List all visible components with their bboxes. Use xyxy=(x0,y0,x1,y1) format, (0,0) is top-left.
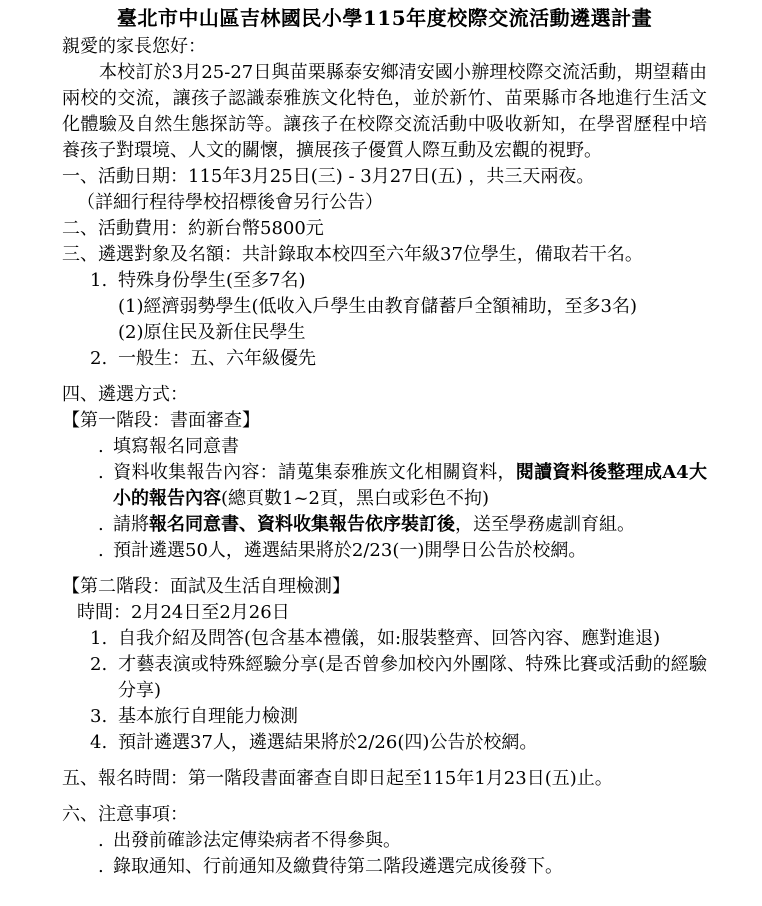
stage2-result-item: 4.預計遴選37人，遴選結果將於2/26(四)公告於校網。 xyxy=(62,730,707,756)
selection-quota-line: 三、遴選對象及名額：共計錄取本校四至六年級37位學生，備取若干名。 xyxy=(62,242,707,268)
notes-header-line: 六、注意事項： xyxy=(62,802,707,828)
greeting-line: 親愛的家長您好： xyxy=(62,34,707,60)
number-marker: 4. xyxy=(90,730,118,756)
stage2-talent-text: 才藝表演或特殊經驗分享(是否曾參加校內外團隊、特殊比賽或活動的經驗分享) xyxy=(118,654,707,701)
stage2-selfintro-text: 自我介紹及問答(包含基本禮儀，如:服裝整齊、回答內容、應對進退) xyxy=(118,628,660,649)
bullet-marker: . xyxy=(98,854,113,880)
bullet-marker: . xyxy=(98,512,113,538)
admission-notice-text: 錄取通知、行前通知及繳費待第二階段遴選完成後發下。 xyxy=(113,856,563,877)
number-marker: 2. xyxy=(90,652,118,678)
stage1-header: 【第一階段：書面審查】 xyxy=(62,408,707,434)
infectious-disease-note-text: 出發前確診法定傳染病者不得參與。 xyxy=(113,830,401,851)
bullet-marker: . xyxy=(98,538,113,564)
indigenous-newresident-subitem: (2)原住民及新住民學生 xyxy=(62,320,707,346)
stage2-selfintro-item: 1.自我介紹及問答(包含基本禮儀，如:服裝整齊、回答內容、應對進退) xyxy=(62,626,707,652)
econ-disadvantaged-subitem: (1)經濟弱勢學生(低收入戶學生由教育儲蓄戶全額補助，至多3名) xyxy=(62,294,707,320)
admission-notice-item: .錄取通知、行前通知及繳費待第二階段遴選完成後發下。 xyxy=(62,854,707,880)
infectious-disease-note-item: .出發前確診法定傳染病者不得參與。 xyxy=(62,828,707,854)
stage1-result-item: .預計遴選50人，遴選結果將於2/23(一)開學日公告於校網。 xyxy=(62,538,707,564)
stage1-binding-bold: 報名同意書、資料收集報告依序裝訂後 xyxy=(149,514,455,535)
stage1-binding-post: ，送至學務處訓育組。 xyxy=(455,514,635,535)
special-students-text: 特殊身份學生(至多7名) xyxy=(118,270,306,291)
stage1-consent-text: 填寫報名同意書 xyxy=(113,436,239,457)
activity-date-line: 一、活動日期：115年3月25日(三) - 3月27日(五) ，共三天兩夜。 xyxy=(62,164,707,190)
number-marker: 1. xyxy=(90,626,118,652)
stage2-time-line: 時間：2月24日至2月26日 xyxy=(62,600,707,626)
bullet-marker: . xyxy=(98,460,113,486)
stage2-result-text: 預計遴選37人，遴選結果將於2/26(四)公告於校網。 xyxy=(118,732,537,753)
selection-method-line: 四、遴選方式： xyxy=(62,382,707,408)
stage1-report-item: .資料收集報告內容：請蒐集泰雅族文化相關資料，閱讀資料後整理成A4大小的報告內容… xyxy=(62,460,707,512)
general-students-item: 2.一般生：五、六年級優先 xyxy=(62,346,707,372)
registration-deadline-line: 五、報名時間：第一階段書面審查自即日起至115年1月23日(五)止。 xyxy=(62,766,707,792)
special-students-item: 1.特殊身份學生(至多7名) xyxy=(62,268,707,294)
number-marker: 2. xyxy=(90,346,118,372)
general-students-text: 一般生：五、六年級優先 xyxy=(118,348,316,369)
stage1-consent-item: .填寫報名同意書 xyxy=(62,434,707,460)
stage2-selfcare-item: 3.基本旅行自理能力檢測 xyxy=(62,704,707,730)
stage1-binding-pre: 請將 xyxy=(113,514,149,535)
stage1-binding-item: .請將報名同意書、資料收集報告依序裝訂後，送至學務處訓育組。 xyxy=(62,512,707,538)
stage1-report-post: (總頁數1~2頁，黑白或彩色不拘) xyxy=(221,488,489,509)
intro-paragraph: 本校訂於3月25-27日與苗栗縣泰安鄉清安國小辦理校際交流活動，期望藉由兩校的交… xyxy=(62,60,707,164)
stage2-talent-item: 2.才藝表演或特殊經驗分享(是否曾參加校內外團隊、特殊比賽或活動的經驗分享) xyxy=(62,652,707,704)
stage1-report-pre: 資料收集報告內容：請蒐集泰雅族文化相關資料， xyxy=(113,462,516,483)
itinerary-note-line: （詳細行程待學校招標後會另行公告） xyxy=(62,190,707,216)
number-marker: 3. xyxy=(90,704,118,730)
document-title: 臺北市中山區吉林國民小學115年度校際交流活動遴選計畫 xyxy=(62,4,707,32)
activity-fee-line: 二、活動費用：約新台幣5800元 xyxy=(62,216,707,242)
bullet-marker: . xyxy=(98,828,113,854)
bullet-marker: . xyxy=(98,434,113,460)
stage2-header: 【第二階段：面試及生活自理檢測】 xyxy=(62,574,707,600)
stage2-selfcare-text: 基本旅行自理能力檢測 xyxy=(118,706,298,727)
number-marker: 1. xyxy=(90,268,118,294)
stage1-result-text: 預計遴選50人，遴選結果將於2/23(一)開學日公告於校網。 xyxy=(113,540,586,561)
document-page: 臺北市中山區吉林國民小學115年度校際交流活動遴選計畫 親愛的家長您好： 本校訂… xyxy=(0,0,762,906)
